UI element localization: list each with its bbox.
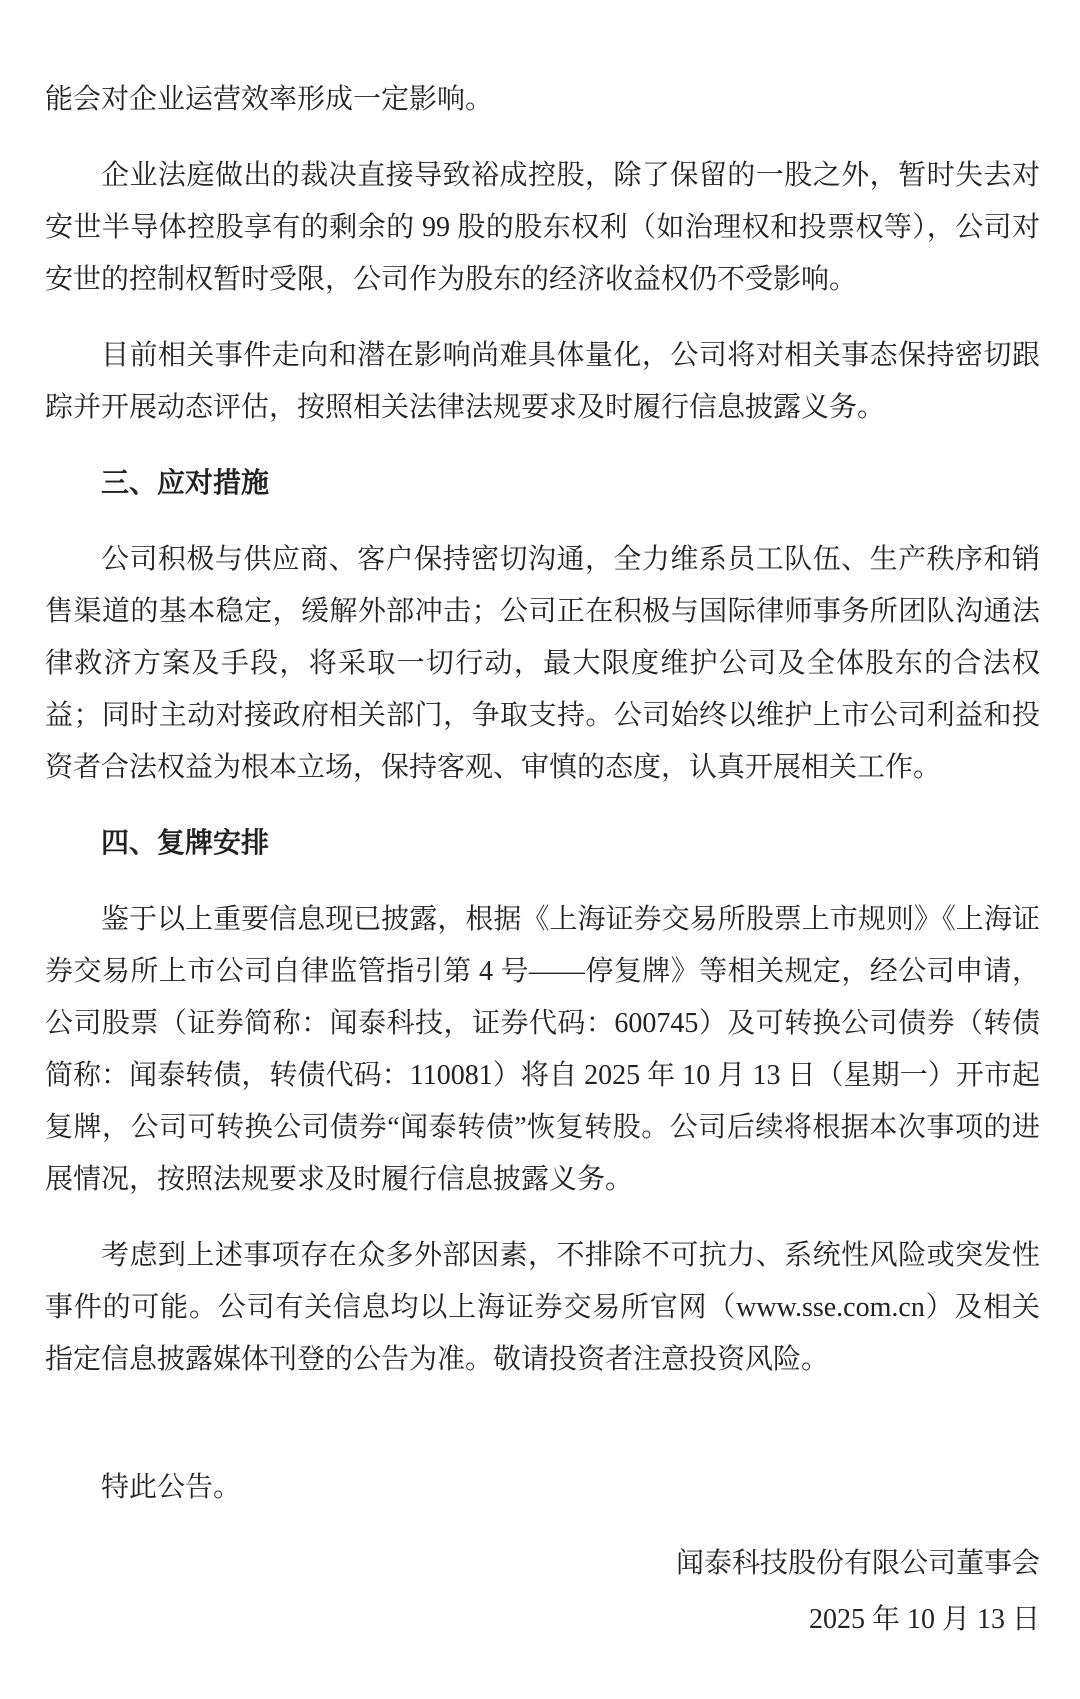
document-page: 能会对企业运营效率形成一定影响。企业法庭做出的裁决直接导致裕成控股，除了保留的一… (0, 0, 1080, 1699)
date-line: 2025 年 10 月 13 日 (45, 1594, 1040, 1646)
closing-line: 特此公告。 (45, 1462, 1040, 1514)
paragraph: 鉴于以上重要信息现已披露，根据《上海证券交易所股票上市规则》《上海证券交易所上市… (45, 894, 1040, 1206)
paragraph: 企业法庭做出的裁决直接导致裕成控股，除了保留的一股之外，暂时失去对安世半导体控股… (45, 150, 1040, 306)
paragraph: 能会对企业运营效率形成一定影响。 (45, 74, 1040, 126)
document-body: 能会对企业运营效率形成一定影响。企业法庭做出的裁决直接导致裕成控股，除了保留的一… (45, 74, 1040, 1646)
paragraph: 考虑到上述事项存在众多外部因素，不排除不可抗力、系统性风险或突发性事件的可能。公… (45, 1230, 1040, 1386)
paragraph: 公司积极与供应商、客户保持密切沟通，全力维系员工队伍、生产秩序和销售渠道的基本稳… (45, 534, 1040, 794)
section-heading: 三、应对措施 (45, 458, 1040, 510)
paragraph: 目前相关事件走向和潜在影响尚难具体量化，公司将对相关事态保持密切跟踪并开展动态评… (45, 330, 1040, 434)
section-heading: 四、复牌安排 (45, 818, 1040, 870)
signature-line: 闻泰科技股份有限公司董事会 (45, 1538, 1040, 1590)
